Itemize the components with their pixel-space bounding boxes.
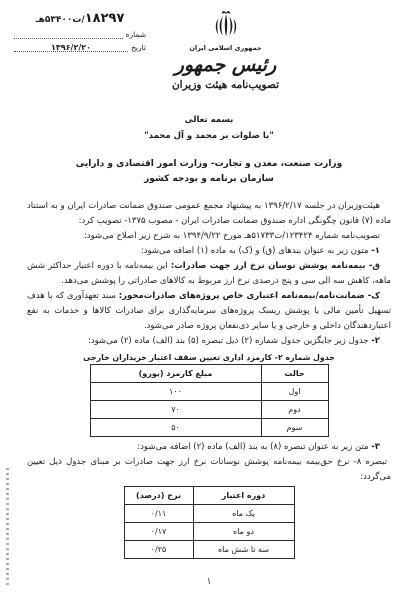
registration-stamp: ۱۸۲۹۷/ت۵۳۴۰۰هـ شماره تاریخ ۱۳۹۶/۲/۲۰ bbox=[14, 7, 146, 52]
decree-number-suffix: /ت۵۳۴۰۰هـ bbox=[36, 15, 85, 25]
letterhead: جمهوری اسلامی ایران رئیس جمهور تصویب‌نام… bbox=[148, 6, 303, 91]
item-3-number: ۳- bbox=[371, 442, 380, 452]
amendment-reference: تصویب‌نامه شماره ۱۲۳۴۲۴/ت۵۱۷۳۳هـ مورخ ۱۳… bbox=[27, 229, 391, 244]
rate-table-header-rate: نرخ (درصد) bbox=[124, 487, 193, 505]
table-cell: سوم bbox=[261, 419, 328, 437]
table-cell: سه تا شش ماه bbox=[193, 541, 294, 559]
item-3: ۳- متن زیر به عنوان تبصره (۸) به بند (ال… bbox=[27, 440, 391, 455]
item-1-number: ۱- bbox=[371, 246, 380, 256]
table-cell: ۷۰ bbox=[90, 401, 261, 419]
preamble-text: هیئت‌وزیران در جلسه ۱۳۹۶/۲/۱۷ به پیشنهاد… bbox=[27, 201, 391, 226]
iran-emblem-icon bbox=[209, 6, 243, 43]
item-3-text: متن زیر به عنوان تبصره (۸) به بند (الف) … bbox=[137, 442, 371, 452]
note-8-text: نرخ حق‌بیمه بیمه‌نامه پوشش نوسانات نرخ ا… bbox=[27, 457, 391, 482]
rate-table-header-period: دوره اعتبار bbox=[193, 487, 294, 505]
clause-k-title: ک- ضمانت‌نامه/بیمه‌نامه اعتباری خاص پروژ… bbox=[119, 291, 380, 301]
number-dotted-line bbox=[14, 30, 123, 39]
table-row: اول ۱۰۰ bbox=[90, 383, 328, 401]
amendment-reference-text: تصویب‌نامه شماره ۱۲۳۴۲۴/ت۵۱۷۳۳هـ مورخ ۱۳… bbox=[84, 231, 380, 241]
table-cell: دو ماه bbox=[193, 523, 294, 541]
table-row: سه تا شش ماه ۰/۲۵ bbox=[124, 541, 294, 559]
margin-vertical-note bbox=[6, 468, 9, 588]
document-body: بسمه تعالی "با صلوات بر محمد و آل محمد" … bbox=[27, 113, 391, 562]
table-cell: دوم bbox=[261, 401, 328, 419]
table-cell: ۰/۱۷ bbox=[124, 523, 193, 541]
country-name: جمهوری اسلامی ایران bbox=[148, 44, 303, 52]
fee-table-header-amount: مبلغ کارمزد (یورو) bbox=[90, 365, 261, 383]
addressee-organization: سازمان برنامه و بودجه کشور bbox=[27, 172, 391, 187]
item-2-number: ۲- bbox=[371, 336, 380, 346]
clause-k: ک- ضمانت‌نامه/بیمه‌نامه اعتباری خاص پروژ… bbox=[27, 289, 391, 334]
table-cell: ۱۰۰ bbox=[90, 383, 261, 401]
table-cell: ۰/۱۱ bbox=[124, 505, 193, 523]
decree-page: ۱۸۲۹۷/ت۵۳۴۰۰هـ شماره تاریخ ۱۳۹۶/۲/۲۰ جمه… bbox=[0, 0, 418, 600]
office-title: رئیس جمهور bbox=[148, 54, 303, 76]
decree-number: ۱۸۲۹۷/ت۵۳۴۰۰هـ bbox=[14, 7, 146, 26]
date-row: تاریخ ۱۳۹۶/۲/۲۰ bbox=[14, 43, 146, 52]
fee-table: حالت مبلغ کارمزد (یورو) اول ۱۰۰ دوم ۷۰ س… bbox=[90, 364, 329, 437]
item-1: ۱- متون زیر به عنوان بندهای (ق) و (ک) به… bbox=[27, 244, 391, 259]
note-8: تبصره ۸- نرخ حق‌بیمه بیمه‌نامه پوشش نوسا… bbox=[27, 455, 391, 485]
decree-number-main: ۱۸۲۹۷ bbox=[85, 11, 125, 26]
salutation: "با صلوات بر محمد و آل محمد" bbox=[27, 129, 391, 144]
item-2: ۲- جدول زیر جایگزین جدول شماره (۲) ذیل ت… bbox=[27, 334, 391, 349]
table-row: دوم ۷۰ bbox=[90, 401, 328, 419]
page-number: ۱ bbox=[0, 577, 418, 587]
table-cell: ۰/۲۵ bbox=[124, 541, 193, 559]
table-row: یک ماه ۰/۱۱ bbox=[124, 505, 294, 523]
clause-q: ق- بیمه‌نامه پوشش نوسان نرخ ارز جهت صادر… bbox=[27, 259, 391, 289]
clause-q-title: ق- بیمه‌نامه پوشش نوسان نرخ ارز جهت صادر… bbox=[171, 261, 380, 271]
item-1-text: متون زیر به عنوان بندهای (ق) و (ک) به ما… bbox=[141, 246, 371, 256]
item-2-text: جدول زیر جایگزین جدول شماره (۲) ذیل تبصر… bbox=[88, 336, 371, 346]
addressee-ministries: وزارت صنعت، معدن و تجارت- وزارت امور اقت… bbox=[27, 157, 391, 172]
document-type: تصویب‌نامه هیئت وزیران bbox=[148, 79, 303, 91]
number-row: شماره bbox=[14, 30, 146, 39]
date-value: ۱۳۹۶/۲/۲۰ bbox=[14, 43, 128, 52]
fee-table-header-state: حالت bbox=[261, 365, 328, 383]
table-cell: یک ماه bbox=[193, 505, 294, 523]
basmala: بسمه تعالی bbox=[27, 113, 391, 128]
table-header-row: حالت مبلغ کارمزد (یورو) bbox=[90, 365, 328, 383]
preamble-paragraph: هیئت‌وزیران در جلسه ۱۳۹۶/۲/۱۷ به پیشنهاد… bbox=[27, 199, 391, 229]
table-row: سوم ۵۰ bbox=[90, 419, 328, 437]
date-label: تاریخ bbox=[128, 43, 146, 52]
table-1-caption: جدول شماره ۲- کارمزد اداری تعیین سقف اعت… bbox=[27, 352, 391, 363]
number-label: شماره bbox=[123, 30, 146, 39]
table-cell: ۵۰ bbox=[90, 419, 261, 437]
table-row: دو ماه ۰/۱۷ bbox=[124, 523, 294, 541]
note-8-title: تبصره ۸- bbox=[354, 457, 387, 467]
table-header-row: دوره اعتبار نرخ (درصد) bbox=[124, 487, 294, 505]
table-cell: اول bbox=[261, 383, 328, 401]
premium-rate-table: دوره اعتبار نرخ (درصد) یک ماه ۰/۱۱ دو ما… bbox=[124, 486, 295, 559]
